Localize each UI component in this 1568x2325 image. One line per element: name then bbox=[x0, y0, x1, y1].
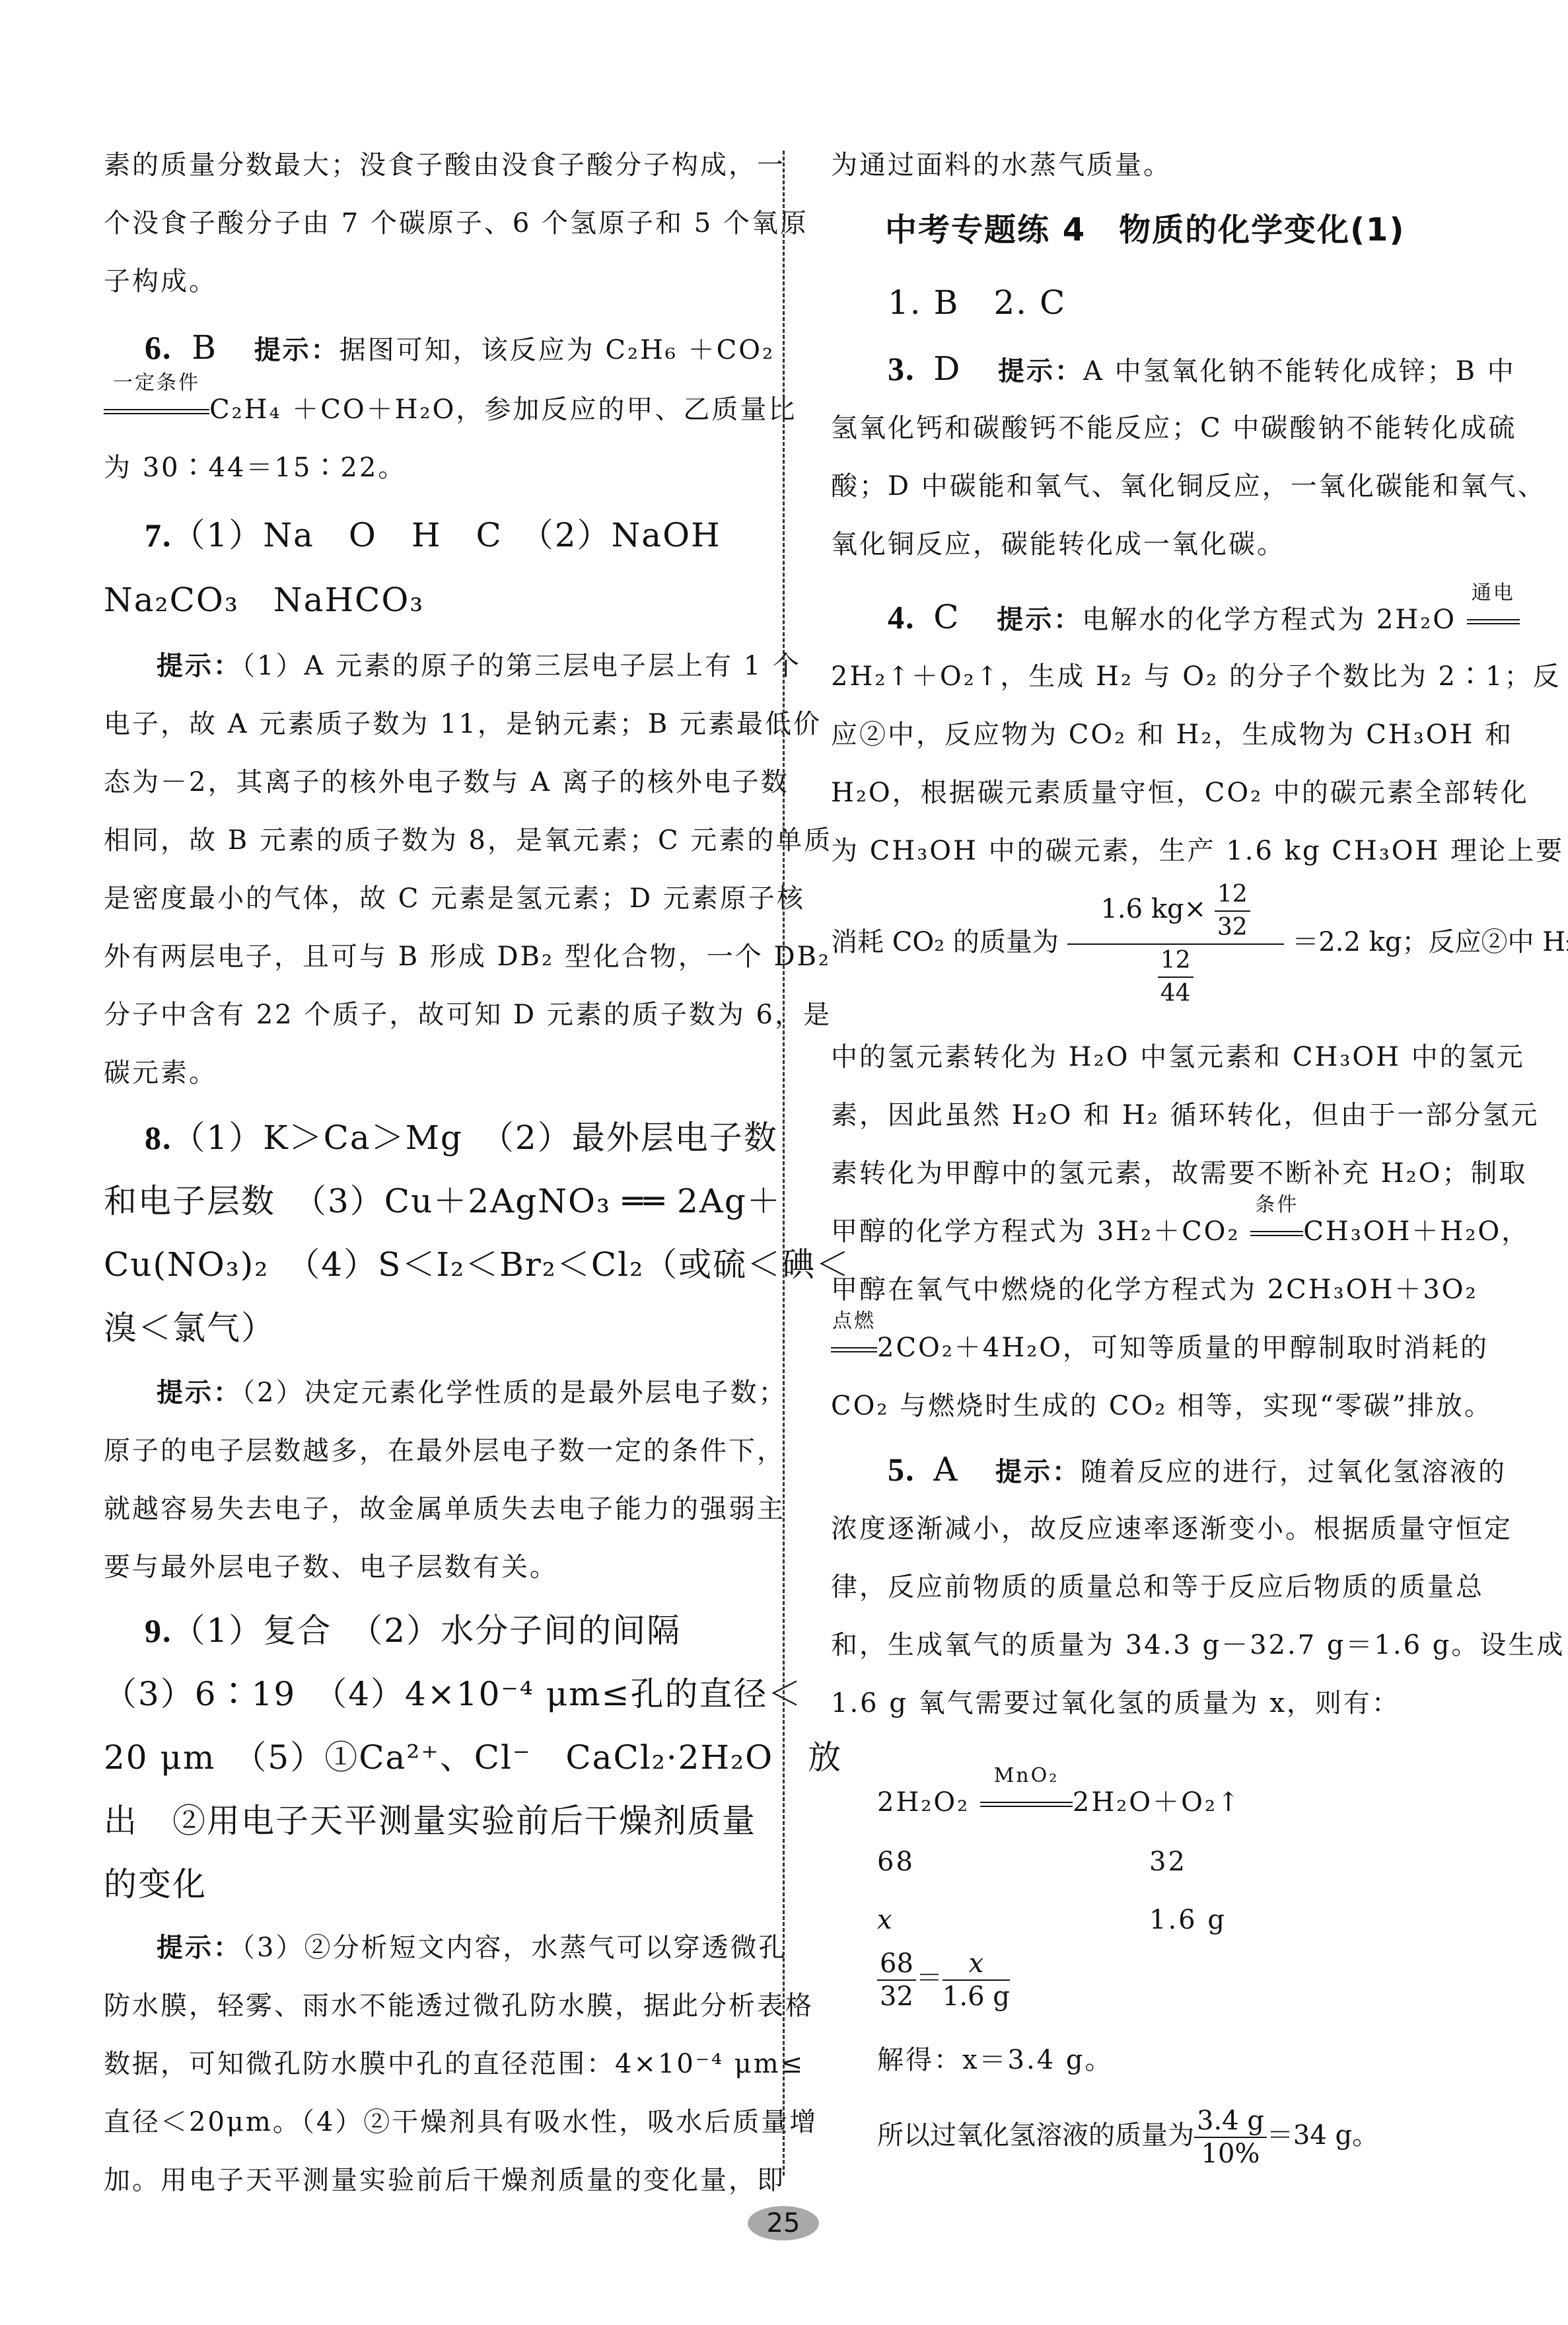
text-line: 分子中含有 22 个质子，故可知 D 元素的质子数为 6，是 bbox=[104, 996, 832, 1033]
text-line: 碳元素。 bbox=[104, 1054, 217, 1091]
page-number-badge: 25 bbox=[748, 2206, 819, 2240]
question-7: 7.（1）Na O H C （2）NaOH bbox=[145, 517, 721, 554]
question-9: 9.（1）复合 （2）水分子间的间隔 bbox=[145, 1612, 681, 1649]
final-answer: 所以过氧化氢溶液的质量为3.4 g10%＝34 g。 bbox=[877, 2105, 1378, 2170]
answer: （1）K＞Ca＞Mg （2）最外层电子数 bbox=[172, 1119, 778, 1157]
text-line: 要与最外层电子数、电子层数有关。 bbox=[104, 1549, 558, 1586]
hint-label: 提示： bbox=[157, 1378, 242, 1408]
hint-text: A 中氢氧化钠不能转化成锌；B 中 bbox=[1083, 356, 1516, 387]
hint-text: 据图可知，该反应为 C₂H₆ ＋CO₂ bbox=[339, 335, 775, 365]
answer-line: 20 μm （5）①Ca²⁺、Cl⁻ CaCl₂·2H₂O 放 bbox=[104, 1739, 842, 1776]
text: 消耗 CO₂ 的质量为 bbox=[831, 927, 1059, 957]
ratio-equation: 6832＝x1.6 g bbox=[877, 1948, 1010, 2012]
text-line: 应②中，反应物为 CO₂ 和 H₂，生成物为 CH₃OH 和 bbox=[831, 716, 1513, 753]
hint-text: 随着反应的进行，过氧化氢溶液的 bbox=[1081, 1457, 1507, 1487]
text-line: 酸；D 中碳能和氧气、氧化铜反应，一氧化碳能和氧气、 bbox=[831, 468, 1546, 505]
text-line: H₂O，根据碳元素质量守恒，CO₂ 中的碳元素全部转化 bbox=[831, 774, 1529, 811]
mass-row: 32 bbox=[1149, 1843, 1187, 1880]
text-line: 和，生成氧气的质量为 34.3 g－32.7 g＝1.6 g。设生成 bbox=[831, 1627, 1565, 1664]
mass-row: 68 bbox=[877, 1843, 915, 1880]
hint-label: 提示： bbox=[998, 356, 1083, 387]
mass-row: 1.6 g bbox=[1149, 1901, 1227, 1938]
text-line: 浓度逐渐减小，故反应速率逐渐变小。根据质量守恒定 bbox=[831, 1510, 1513, 1547]
text-line: 素，因此虽然 H₂O 和 H₂ 循环转化，但由于一部分氢元 bbox=[831, 1097, 1540, 1134]
fraction-expression: 消耗 CO₂ 的质量为 1.6 kg× 1232 1244 ＝2.2 kg；反应… bbox=[831, 879, 1568, 1010]
text-line: 2H₂↑＋O₂↑，生成 H₂ 与 O₂ 的分子个数比为 2∶1；反 bbox=[831, 658, 1561, 695]
equation-line: 一定条件C₂H₄ ＋CO＋H₂O，参加反应的甲、乙质量比 bbox=[104, 391, 797, 428]
text-line: 为通过面料的水蒸气质量。 bbox=[831, 147, 1172, 184]
text-line: CO₂ 与燃烧时生成的 CO₂ 相等，实现“零碳”排放。 bbox=[831, 1387, 1493, 1424]
answer: B bbox=[192, 328, 217, 367]
text-line: 电子，故 A 元素质子数为 11，是钠元素；B 元素最低价 bbox=[104, 706, 822, 743]
question-4: 4. C 提示：电解水的化学方程式为 2H₂O 通电 bbox=[888, 599, 1520, 638]
reaction-condition: 点燃 bbox=[831, 1329, 877, 1366]
text-line: 素的质量分数最大；没食子酸由没食子酸分子构成，一 bbox=[104, 147, 785, 184]
text-line: 律，反应前物质的质量总和等于反应后物质的质量总 bbox=[831, 1568, 1484, 1605]
question-number: 7. bbox=[145, 517, 172, 554]
text-line: 加。用电子天平测量实验前后干燥剂质量的变化量，即 bbox=[104, 2162, 785, 2199]
fraction: 1.6 kg× 1232 1244 bbox=[1067, 879, 1284, 1010]
text-line: 相同，故 B 元素的质子数为 8，是氧元素；C 元素的单质 bbox=[104, 822, 832, 859]
text-line: 数据，可知微孔防水膜中孔的直径范围：4×10⁻⁴ μm≤ bbox=[104, 2046, 804, 2083]
answer-line: 和电子层数 （3）Cu＋2AgNO₃ ══ 2Ag＋ bbox=[104, 1183, 781, 1220]
question-number: 6. bbox=[145, 329, 172, 366]
reaction-condition: 条件 bbox=[1250, 1213, 1303, 1250]
solution-line: 解得：x＝3.4 g。 bbox=[877, 2042, 1114, 2079]
text-line: 外有两层电子，且可与 B 形成 DB₂ 型化合物，一个 DB₂ bbox=[104, 938, 831, 975]
hint: 提示：（2）决定元素化学性质的是最外层电子数； bbox=[157, 1374, 787, 1411]
hint-label: 提示： bbox=[157, 1933, 242, 1963]
answer: D bbox=[933, 350, 961, 388]
answer: （1）复合 （2）水分子间的间隔 bbox=[172, 1611, 682, 1650]
question-8: 8.（1）K＞Ca＞Mg （2）最外层电子数 bbox=[145, 1119, 778, 1156]
section-title: 中考专题练 4 物质的化学变化(1) bbox=[885, 211, 1405, 248]
text-line: 态为－2，其离子的核外电子数与 A 离子的核外电子数 bbox=[104, 764, 789, 801]
answer-line: 溴＜氯气） bbox=[104, 1310, 275, 1347]
equation-line: 点燃2CO₂＋4H₂O，可知等质量的甲醇制取时消耗的 bbox=[831, 1329, 1489, 1366]
answer: C bbox=[933, 598, 960, 636]
chemical-equation: 2H₂O₂ MnO₂2H₂O＋O₂↑ bbox=[877, 1784, 1241, 1821]
equation-line: 甲醇的化学方程式为 3H₂＋CO₂ 条件CH₃OH＋H₂O， bbox=[831, 1213, 1530, 1250]
question-number: 5. bbox=[888, 1451, 915, 1488]
hint-text: 电解水的化学方程式为 2H₂O bbox=[1082, 605, 1456, 635]
hint-text: （1）A 元素的原子的第三层电子层上有 1 个 bbox=[242, 651, 801, 681]
text-line: 氢氧化钙和碳酸钙不能反应；C 中碳酸钠不能转化成硫 bbox=[831, 410, 1516, 447]
text-line: 素转化为甲醇中的氢元素，故需要不断补充 H₂O；制取 bbox=[831, 1155, 1527, 1192]
hint-label: 提示： bbox=[995, 1457, 1081, 1487]
answer-line: Cu(NO₃)₂ （4）S＜I₂＜Br₂＜Cl₂（或硫＜碘＜ bbox=[104, 1246, 850, 1283]
answer-line: 出 ②用电子天平测量实验前后干燥剂质量 bbox=[104, 1802, 756, 1839]
answer: A bbox=[933, 1450, 958, 1489]
text-line: 中的氢元素转化为 H₂O 中氢元素和 CH₃OH 中的氢元 bbox=[831, 1039, 1525, 1076]
reaction-condition: 一定条件 bbox=[104, 391, 209, 428]
hint-label: 提示： bbox=[157, 651, 242, 681]
text-line: 原子的电子层数越多，在最外层电子数一定的条件下， bbox=[104, 1432, 785, 1469]
hint-text: （2）决定元素化学性质的是最外层电子数； bbox=[242, 1378, 787, 1408]
text-line: 就越容易失去电子，故金属单质失去电子能力的强弱主 bbox=[104, 1491, 785, 1528]
question-number: 9. bbox=[145, 1612, 172, 1649]
reaction-condition: 通电 bbox=[1467, 601, 1520, 638]
text-line: 1.6 g 氧气需要过氧化氢的质量为 x，则有： bbox=[831, 1685, 1400, 1722]
hint: 提示：（1）A 元素的原子的第三层电子层上有 1 个 bbox=[157, 647, 801, 684]
text-line: 氧化铜反应，碳能转化成一氧化碳。 bbox=[831, 526, 1285, 563]
text-line: 甲醇在氧气中燃烧的化学方程式为 2CH₃OH＋3O₂ bbox=[831, 1271, 1478, 1308]
text-line: 为 CH₃OH 中的碳元素，生产 1.6 kg CH₃OH 理论上要 bbox=[831, 832, 1564, 869]
question-5: 5. A 提示：随着反应的进行，过氧化氢溶液的 bbox=[888, 1451, 1507, 1491]
text-line: 防水膜，轻雾、雨水不能透过微孔防水膜，据此分析表格 bbox=[104, 1987, 814, 2024]
hint-text: （3）②分析短文内容，水蒸气可以穿透微孔 bbox=[242, 1933, 787, 1963]
answer-line: 的变化 bbox=[104, 1866, 207, 1903]
column-divider bbox=[783, 151, 785, 2176]
question-number: 8. bbox=[145, 1119, 172, 1156]
hint-text: C₂H₄ ＋CO＋H₂O，参加反应的甲、乙质量比 bbox=[209, 394, 797, 425]
answer: （1）Na O H C （2）NaOH bbox=[172, 516, 721, 554]
text-line: 直径＜20μm。（4）②干燥剂具有吸水性，吸水后质量增 bbox=[104, 2104, 818, 2141]
question-6: 6. B 提示：据图可知，该反应为 C₂H₆ ＋CO₂ bbox=[145, 329, 775, 369]
text: ＝2.2 kg；反应②中 H₂ bbox=[1292, 927, 1568, 957]
question-number: 3. bbox=[888, 350, 915, 387]
text-line: 为 30∶44＝15∶22。 bbox=[104, 449, 406, 486]
hint-label: 提示： bbox=[997, 605, 1082, 635]
answer-line: （3）6∶19 （4）4×10⁻⁴ μm≤孔的直径＜ bbox=[104, 1676, 802, 1713]
text-line: 是密度最小的气体，故 C 元素是氢元素；D 元素原子核 bbox=[104, 880, 805, 917]
answers-1-2: 1. B 2. C bbox=[888, 284, 1066, 321]
mass-row: x bbox=[877, 1901, 894, 1938]
text-line: 子构成。 bbox=[104, 263, 217, 300]
answer-line: Na₂CO₃ NaHCO₃ bbox=[104, 581, 424, 618]
question-3: 3. D 提示：A 中氢氧化钠不能转化成锌；B 中 bbox=[888, 350, 1516, 390]
reaction-condition: MnO₂ bbox=[980, 1784, 1073, 1821]
hint-label: 提示： bbox=[254, 335, 339, 365]
question-number: 4. bbox=[888, 599, 915, 636]
hint: 提示：（3）②分析短文内容，水蒸气可以穿透微孔 bbox=[157, 1929, 787, 1966]
text-line: 个没食子酸分子由 7 个碳原子、6 个氢原子和 5 个氧原 bbox=[104, 205, 808, 242]
